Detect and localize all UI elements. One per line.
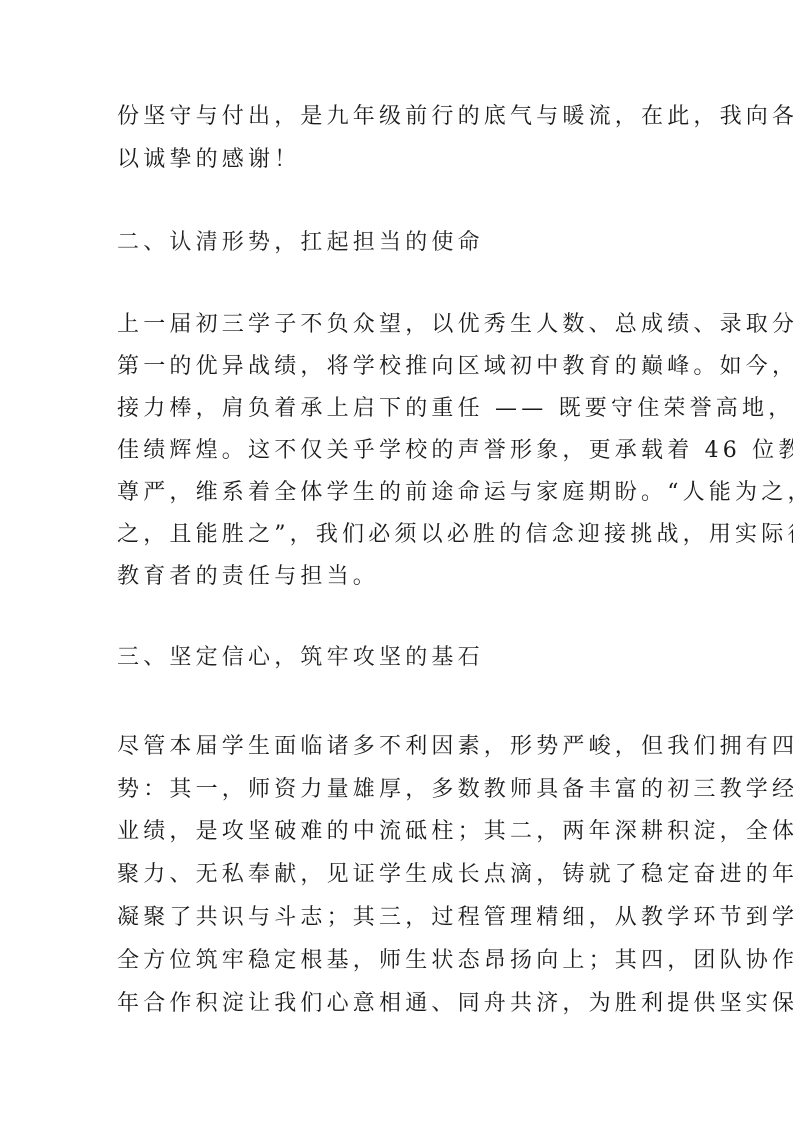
paragraph-section-2-line-1: 上一届初三学子不负众望，以优秀生人数、总成绩、录取分数线三项 (117, 310, 687, 340)
heading-section-3: 三、坚定信心，筑牢攻坚的基石 (117, 643, 687, 673)
paragraph-section-3-line-2: 势：其一，师资力量雄厚，多数教师具备丰富的初三教学经验与突出 (117, 775, 687, 805)
paragraph-section-2-line-3: 接力棒，肩负着承上启下的重任 —— 既要守住荣誉高地，更要再创 (117, 394, 687, 424)
paragraph-gratitude-line-2: 以诚挚的感谢！ (117, 145, 687, 175)
paragraph-section-3-line-3: 业绩，是攻坚破难的中流砥柱；其二，两年深耕积淀，全体教师凝心 (117, 817, 687, 847)
paragraph-section-3-line-4: 聚力、无私奉献，见证学生成长点滴，铸就了稳定奋进的年级局面， (117, 860, 687, 890)
heading-section-2: 二、认清形势，扛起担当的使命 (117, 228, 687, 258)
paragraph-section-2-line-2: 第一的优异战绩，将学校推向区域初中教育的巅峰。如今，我们接过 (117, 352, 687, 382)
paragraph-gratitude-line-1: 份坚守与付出，是九年级前行的底气与暖流，在此，我向各位同仁致 (117, 102, 687, 132)
paragraph-section-2-line-6: 之，且能胜之”，我们必须以必胜的信念迎接挑战，用实际行动诠释 (117, 520, 687, 550)
paragraph-section-2-line-7: 教育者的责任与担当。 (117, 562, 687, 592)
paragraph-section-3-line-6: 全方位筑牢稳定根基，师生状态昂扬向上；其四，团队协作默契，多 (117, 946, 687, 976)
paragraph-section-2-line-5: 尊严，维系着全体学生的前途命运与家庭期盼。“人能为之，吾必能 (117, 478, 687, 508)
paragraph-section-3-line-1: 尽管本届学生面临诸多不利因素，形势严峻，但我们拥有四大核心优 (117, 732, 687, 762)
paragraph-section-2-line-4: 佳绩辉煌。这不仅关乎学校的声誉形象，更承载着 46 位教师的职业 (117, 436, 687, 466)
paragraph-section-3-line-5: 凝聚了共识与斗志；其三，过程管理精细，从教学环节到学生管理， (117, 903, 687, 933)
document-page: 份坚守与付出，是九年级前行的底气与暖流，在此，我向各位同仁致 以诚挚的感谢！ 二… (0, 0, 793, 1122)
paragraph-section-3-line-7: 年合作积淀让我们心意相通、同舟共济，为胜利提供坚实保障。希望 (117, 989, 687, 1019)
